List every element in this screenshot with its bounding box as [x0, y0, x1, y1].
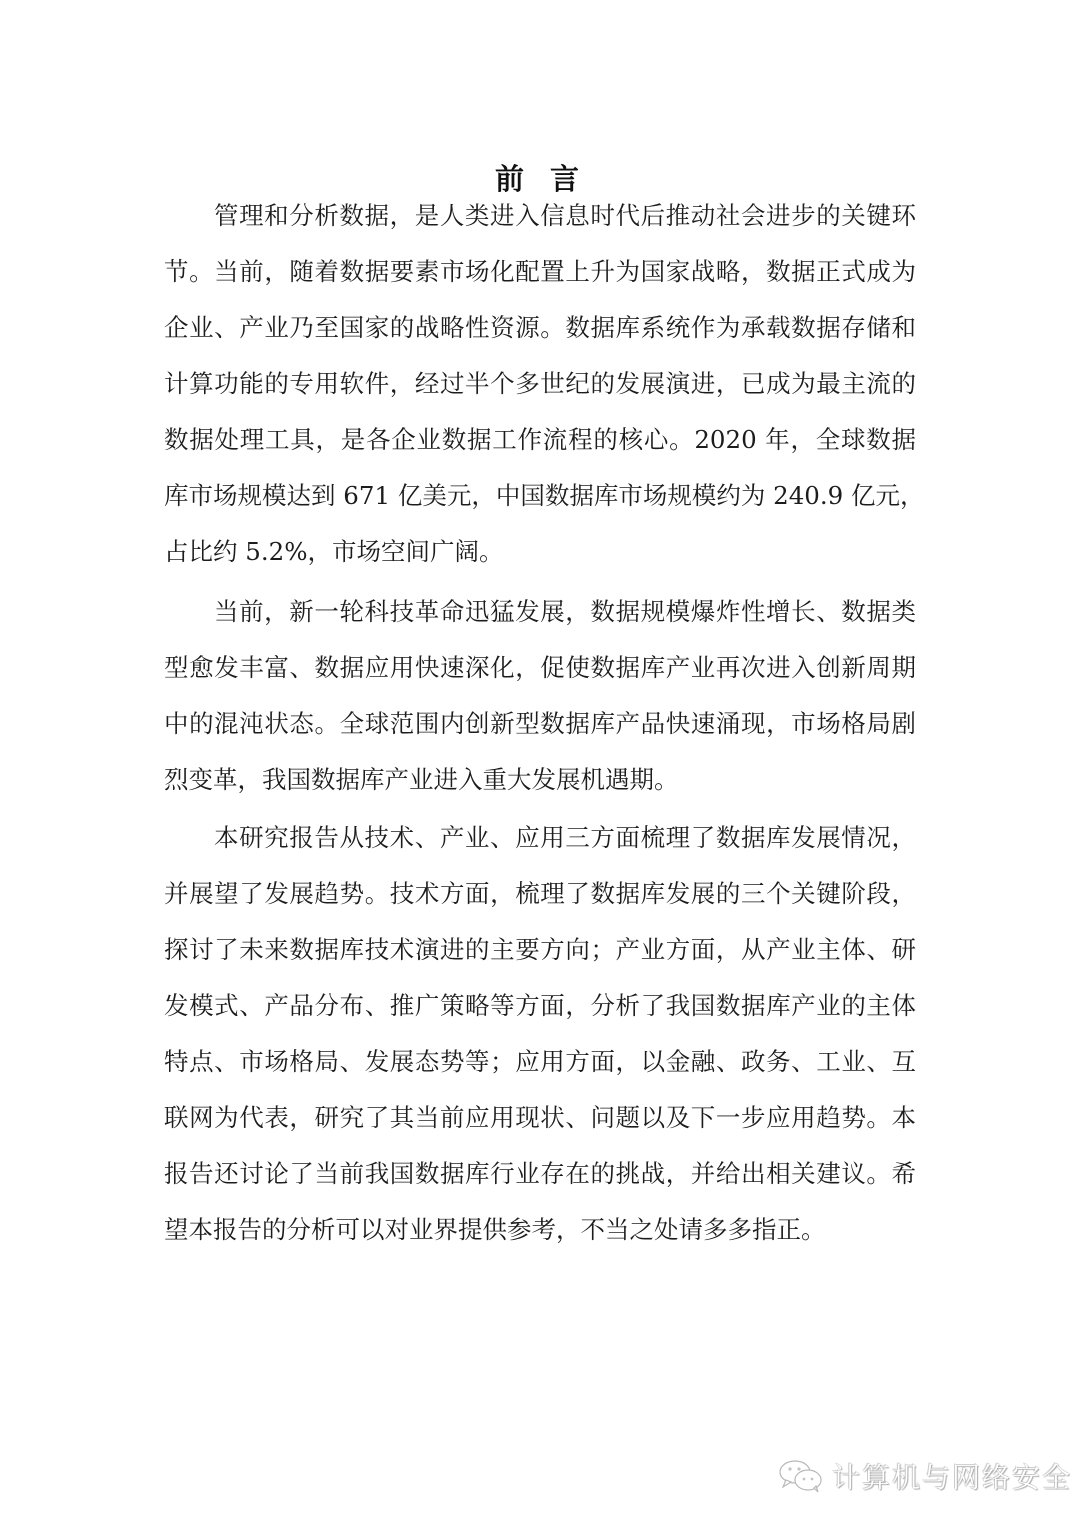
text-line: 占比约 5.2%，市场空间广阔。 [164, 524, 916, 580]
watermark: 计算机与网络安全 [778, 1456, 1072, 1496]
text-line: 中的混沌状态。全球范围内创新型数据库产品快速涌现，市场格局剧 [164, 696, 916, 752]
watermark-text: 计算机与网络安全 [832, 1456, 1072, 1496]
document-page: 前言 管理和分析数据，是人类进入信息时代后推动社会进步的关键环 节。当前，随着数… [0, 0, 1080, 1527]
paragraph-current-situation: 当前，新一轮科技革命迅猛发展，数据规模爆炸性增长、数据类 型愈发丰富、数据应用快… [164, 584, 916, 808]
paragraph-report-scope: 本研究报告从技术、产业、应用三方面梳理了数据库发展情况， 并展望了发展趋势。技术… [164, 810, 916, 1258]
text-line: 联网为代表，研究了其当前应用现状、问题以及下一步应用趋势。本 [164, 1090, 916, 1146]
text-line: 当前，新一轮科技革命迅猛发展，数据规模爆炸性增长、数据类 [164, 584, 916, 640]
text-line: 型愈发丰富、数据应用快速深化，促使数据库产业再次进入创新周期 [164, 640, 916, 696]
text-line: 计算功能的专用软件，经过半个多世纪的发展演进，已成为最主流的 [164, 356, 916, 412]
text-line: 节。当前，随着数据要素市场化配置上升为国家战略，数据正式成为 [164, 244, 916, 300]
text-line: 报告还讨论了当前我国数据库行业存在的挑战，并给出相关建议。希 [164, 1146, 916, 1202]
wechat-icon [778, 1459, 824, 1493]
text-line: 企业、产业乃至国家的战略性资源。数据库系统作为承载数据存储和 [164, 300, 916, 356]
text-line: 烈变革，我国数据库产业进入重大发展机遇期。 [164, 752, 916, 808]
text-line: 望本报告的分析可以对业界提供参考，不当之处请多多指正。 [164, 1202, 916, 1258]
text-line: 特点、市场格局、发展态势等；应用方面，以金融、政务、工业、互 [164, 1034, 916, 1090]
paragraph-intro: 管理和分析数据，是人类进入信息时代后推动社会进步的关键环 节。当前，随着数据要素… [164, 188, 916, 580]
text-line: 本研究报告从技术、产业、应用三方面梳理了数据库发展情况， [164, 810, 916, 866]
text-line: 发模式、产品分布、推广策略等方面，分析了我国数据库产业的主体 [164, 978, 916, 1034]
text-line: 管理和分析数据，是人类进入信息时代后推动社会进步的关键环 [164, 188, 916, 244]
text-line: 库市场规模达到 671 亿美元，中国数据库市场规模约为 240.9 亿元， [164, 468, 916, 524]
text-line: 探讨了未来数据库技术演进的主要方向；产业方面，从产业主体、研 [164, 922, 916, 978]
text-line: 并展望了发展趋势。技术方面，梳理了数据库发展的三个关键阶段， [164, 866, 916, 922]
text-line: 数据处理工具，是各企业数据工作流程的核心。2020 年，全球数据 [164, 412, 916, 468]
